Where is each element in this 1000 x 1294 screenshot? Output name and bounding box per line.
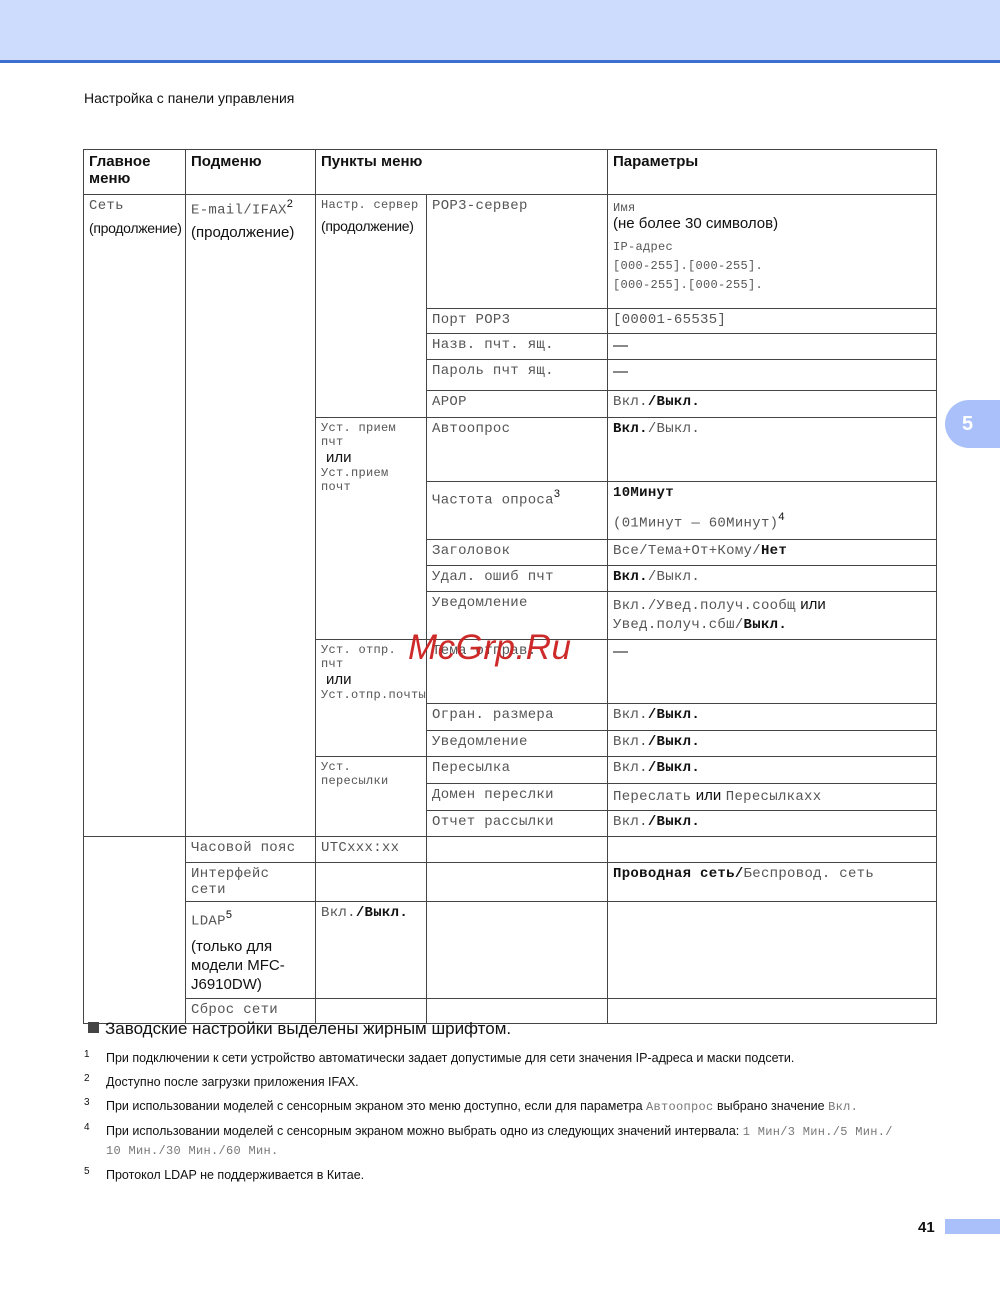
main-menu-name: Сеть [89,198,180,214]
main-menu-cell: Сеть (продолжение) [84,195,186,837]
notify-option-a: Вкл./Увед.получ.сообщ [613,598,796,614]
group-recv-name1: Уст. прием пчт [321,421,421,449]
group-recv-cell: Уст. прием пчт или Уст.прием почт [316,418,427,640]
opt-on: Вкл. [613,760,648,776]
item-pollfreq: Частота опроса3 [427,482,608,540]
header-submenu: Подменю [186,150,316,195]
opt-on: Вкл. [321,905,356,921]
param-header: Все/Тема+От+Кому/Нет [608,540,937,566]
param-iface: Проводная сеть/Беспровод. сеть [608,863,937,902]
submenu-email-cont: (продолжение) [191,224,310,241]
opt-on-default: Вкл. [613,421,648,437]
opt-off-default: Выкл. [657,814,701,830]
param-ldap [608,902,937,999]
param-notify-recv: Вкл./Увед.получ.сообщ или Увед.получ.сбш… [608,592,937,640]
footnote: 1При подключении к сети устройство автом… [84,1049,934,1067]
notify-default: Выкл. [744,617,788,633]
group-recv-name2: Уст.прием почт [321,466,421,494]
footnote: 5Протокол LDAP не поддерживается в Китае… [84,1166,934,1184]
footnote-text: Доступно после загрузки приложения IFAX. [106,1075,359,1089]
submenu-email-name: E-mail/IFAX [191,202,287,218]
page-number: 41 [918,1219,935,1236]
footnote-number: 2 [84,1070,90,1088]
footnote-code: 1 Мин/3 Мин./5 Мин./ [743,1125,893,1139]
pollfreq-range: (01Минут — 60Минут) [613,515,778,531]
footnotes: 1При подключении к сети устройство автом… [84,1049,934,1190]
footnote-number: 4 [84,1119,90,1137]
param-sizelimit: Вкл./Выкл. [608,704,937,731]
iface-wireless: Беспровод. сеть [744,866,875,882]
footnote-ref: 2 [287,198,293,210]
sep: / [648,569,657,585]
footnote: 2Доступно после загрузки приложения IFAX… [84,1073,934,1091]
item-pop3: POP3-сервер [427,195,608,309]
item-ldap: Вкл./Выкл. [316,902,427,999]
footnote-code: Вкл. [828,1100,858,1114]
footnote-code: Автоопрос [646,1100,714,1114]
param-notify-send: Вкл./Выкл. [608,731,937,757]
param-relaydomain: Переслать или Пересылкахх [608,784,937,811]
param-mailbox: — [608,334,937,360]
footnote: 3При использовании моделей с сенсорным э… [84,1097,934,1116]
opt-on: Вкл. [613,394,648,410]
watermark: McGrp.Ru [408,628,571,668]
group-server-cell: Настр. сервер (продолжение) [316,195,427,418]
header-menu-items: Пункты меню [316,150,608,195]
table-header-row: Главное меню Подменю Пункты меню Парамет… [84,150,937,195]
sep: / [648,734,657,750]
item-autopoll: Автоопрос [427,418,608,482]
footnote-number: 5 [84,1163,90,1181]
item-header: Заголовок [427,540,608,566]
iface-wired-default: Проводная сеть [613,866,735,882]
group-server-name: Настр. сервер [321,198,421,212]
param-relayreport: Вкл./Выкл. [608,811,937,837]
opt-off-default: Выкл. [657,734,701,750]
table-row: Сеть (продолжение) E-mail/IFAX2 (продолж… [84,195,937,309]
or-label: или [321,449,421,466]
group-send-name2: Уст.отпр.почты [321,688,421,702]
footnote-text: выбрано значение [714,1099,829,1113]
item-relayreport: Отчет рассылки [427,811,608,837]
param-pop3: Имя (не более 30 символов) IP-адрес [000… [608,195,937,309]
header-default: Нет [761,543,787,559]
item-sizelimit: Огран. размера [427,704,608,731]
ldap-model-note: (только для модели MFC-J6910DW) [191,937,310,994]
top-header-rule [0,60,1000,63]
opt-off: Выкл. [657,421,701,437]
group-relay-name: Уст. пересылки [321,760,421,788]
footnote-ref: 3 [554,488,560,500]
opt-on: Вкл. [613,814,648,830]
param-delerr: Вкл./Выкл. [608,566,937,592]
param-port: [00001-65535] [608,309,937,334]
opt-off: Выкл. [657,569,701,585]
param-ip: IP-адрес [000-255].[000-255]. [000-255].… [613,238,931,295]
opt-off-default: Выкл. [657,707,701,723]
sep: / [648,707,657,723]
opt-off-default: Выкл. [657,394,701,410]
param-reset [608,999,937,1024]
group-send-name1: Уст. отпр. пчт [321,643,421,671]
item-mailbox: Назв. пчт. ящ. [427,334,608,360]
param-pollfreq: 10Минут (01Минут — 60Минут)4 [608,482,937,540]
submenu-ldap: LDAP5 (только для модели MFC-J6910DW) [186,902,316,999]
item-notify-send: Уведомление [427,731,608,757]
param-subject: — [608,640,937,704]
item-pollfreq-label: Частота опроса [432,492,554,508]
footnote-number: 1 [84,1046,90,1064]
item-iface [316,863,427,902]
page-number-bar [945,1219,1000,1234]
item-timezone: UTCxxx:xx [316,837,427,863]
opt-on-default: Вкл. [613,569,648,585]
submenu-iface: Интерфейс сети [186,863,316,902]
item-timezone-sub [427,837,608,863]
param-autopoll: Вкл./Выкл. [608,418,937,482]
footnote-number: 3 [84,1094,90,1112]
param-password: — [608,360,937,391]
opt-on: Вкл. [613,707,648,723]
main-menu-cont: (продолжение) [89,220,180,236]
or-label: или [800,596,826,613]
main-menu-cell-cont [84,837,186,1024]
or-label: или [321,671,421,688]
item-relay: Пересылка [427,757,608,784]
item-delerr: Удал. ошиб пчт [427,566,608,592]
item-relaydomain: Домен переслки [427,784,608,811]
submenu-timezone: Часовой пояс [186,837,316,863]
table-row: Интерфейс сети Проводная сеть/Беспровод.… [84,863,937,902]
footnote-ref: 5 [226,909,232,921]
param-name-label: Имя [613,201,931,215]
table-row: Часовой пояс UTCxxx:xx [84,837,937,863]
defaults-note: Заводские настройки выделены жирным шриф… [88,1019,511,1039]
relay-domain-a: Переслать [613,789,691,805]
chapter-tab[interactable]: 5 [945,400,1000,448]
notify-option-b: Увед.получ.сбш/ [613,617,744,633]
header-main-menu: Главное меню [84,150,186,195]
group-relay-cell: Уст. пересылки [316,757,427,837]
top-header-band [0,0,1000,60]
or-label: или [696,787,722,804]
param-timezone [608,837,937,863]
sep: / [648,760,657,776]
opt-off-default: Выкл. [657,760,701,776]
item-password: Пароль пчт ящ. [427,360,608,391]
running-head: Настройка с панели управления [84,90,294,106]
footnote-code: 10 Мин./30 Мин./60 Мин. [106,1144,279,1158]
item-apop: APOP [427,391,608,418]
footnote-text: При подключении к сети устройство автома… [106,1051,794,1065]
submenu-ldap-label: LDAP [191,913,226,929]
opt-off-default: Выкл. [365,905,409,921]
param-apop: Вкл./Выкл. [608,391,937,418]
sep: / [648,394,657,410]
settings-table: Главное меню Подменю Пункты меню Парамет… [83,149,937,1024]
table-row: LDAP5 (только для модели MFC-J6910DW) Вк… [84,902,937,999]
opt-on: Вкл. [613,734,648,750]
param-name-limit: (не более 30 символов) [613,215,931,232]
param-ip-range-1: [000-255].[000-255]. [613,257,931,276]
footnote-ref: 4 [778,511,784,523]
item-port: Порт POP3 [427,309,608,334]
footnote-text: Протокол LDAP не поддерживается в Китае. [106,1168,364,1182]
header-options: Все/Тема+От+Кому/ [613,543,761,559]
sep: / [648,814,657,830]
relay-domain-b: Пересылкахх [726,789,822,805]
param-ip-label: IP-адрес [613,238,931,257]
item-iface-sub [427,863,608,902]
sep: / [356,905,365,921]
header-parameters: Параметры [608,150,937,195]
sep: / [735,866,744,882]
bullet-square-icon [88,1022,99,1033]
pollfreq-default: 10Минут [613,485,931,501]
group-server-cont: (продолжение) [321,218,421,234]
param-relay: Вкл./Выкл. [608,757,937,784]
sep: / [648,421,657,437]
defaults-note-text: Заводские настройки выделены жирным шриф… [105,1019,511,1038]
param-ip-range-2: [000-255].[000-255]. [613,276,931,295]
footnote-text: При использовании моделей с сенсорным эк… [106,1124,743,1138]
submenu-email-cell: E-mail/IFAX2 (продолжение) [186,195,316,837]
item-ldap-sub [427,902,608,999]
footnote: 4При использовании моделей с сенсорным э… [84,1122,934,1160]
footnote-text: При использовании моделей с сенсорным эк… [106,1099,646,1113]
